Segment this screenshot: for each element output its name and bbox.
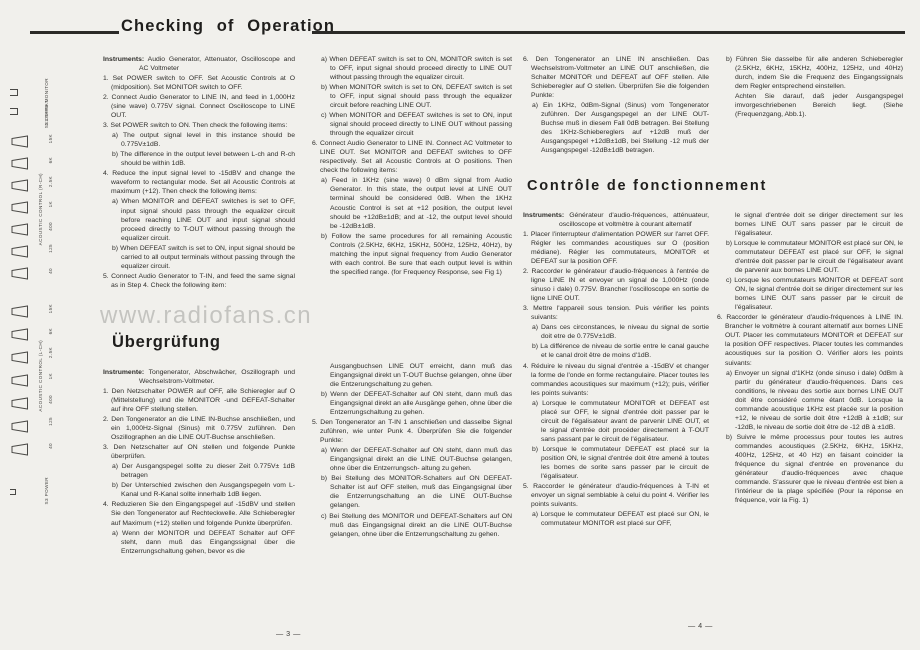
instruments-line: Instrumente: Tongenerator, Abschwächer, … <box>103 368 295 386</box>
slider-knob-icon <box>11 397 29 410</box>
paragraph: c) Bei Stellung des MONITOR und DEFEAT-S… <box>321 512 512 539</box>
page-number-4: — 4 — <box>688 621 713 630</box>
slider-knob-icon <box>11 157 29 170</box>
watermark: www.radiofans.cn <box>100 302 312 330</box>
slider-knob-icon <box>11 351 29 364</box>
french-column-1: Instruments: Générateur d'audio-fréquenc… <box>523 211 709 529</box>
slider-knob-icon <box>11 305 29 318</box>
paragraph: b) Lorsque le commutateur MONITOR est pl… <box>726 239 903 275</box>
slider-knob-icon <box>11 443 29 456</box>
slider-knob-icon <box>11 328 29 341</box>
slider-freq-label: 1K <box>48 201 53 207</box>
paragraph: 6. Den Tongenerator an LINE IN anschließ… <box>523 55 709 100</box>
paragraph: c) When MONITOR and DEFEAT switches is s… <box>321 111 512 138</box>
slider-freq-label: 2.5K <box>48 347 53 358</box>
defeat-switch-icon <box>10 108 18 115</box>
slider-knob-icon <box>11 420 29 433</box>
paragraph: le signal d'entrée doit se diriger direc… <box>726 211 903 238</box>
paragraph: a) Feed in 1KHz (sine wave) 0 dBm signal… <box>321 176 512 230</box>
header-rule-right <box>312 31 905 34</box>
paragraph: 3. Mettre l'appareil sous tension. Puis … <box>523 304 709 322</box>
slider-freq-label: 6K <box>48 157 53 163</box>
german-section-heading: Übergrüfung <box>112 333 221 352</box>
slider-knob-icon <box>11 267 29 280</box>
paragraph: 5. Den Tongenerator an T-IN 1 anschließe… <box>312 418 512 445</box>
slider-knob-icon <box>11 245 29 258</box>
paragraph: a) The output signal level in this insta… <box>112 131 295 149</box>
paragraph: a) Dans ces circonstances, le niveau du … <box>532 323 709 341</box>
paragraph: 1. Set POWER switch to OFF. Set Acoustic… <box>103 74 295 92</box>
paragraph: 2. Den Tongenerator an die LINE IN-Buchs… <box>103 415 295 442</box>
acoustic-control-lch-label: ACOUSTIC CONTROL (L-CH) <box>38 340 43 412</box>
paragraph: a) Lorsque le commutateur MONITOR et DEF… <box>532 399 709 444</box>
instruments-text: Audio Generator, Attenuator, Oscilloscop… <box>139 56 295 72</box>
instruments-text: Générateur d'audio-fréquences, atténuate… <box>559 212 709 228</box>
paragraph: c) Lorsque les commutateurs MONITOR et D… <box>726 276 903 312</box>
paragraph: 2. Raccorder le générateur d'audio-fréqu… <box>523 267 709 303</box>
instruments-label: Instruments: <box>523 212 564 219</box>
slider-freq-label: 400 <box>48 222 53 231</box>
paragraph: b) Bei Stellung des MONITOR-Schalters au… <box>321 474 512 510</box>
paragraph: b) Follow the same procedures for all re… <box>321 232 512 277</box>
slider-knob-icon <box>11 374 29 387</box>
slider-knob-icon <box>11 179 29 192</box>
instruments-text: Tongenerator, Abschwächer, Oszillograph … <box>139 369 295 385</box>
page-number-3: — 3 — <box>276 629 301 638</box>
slider-freq-label: 40 <box>48 268 53 274</box>
german-column-2: Ausgangbuchsen LINE OUT erreicht, dann m… <box>312 362 512 540</box>
slider-knob-icon <box>11 223 29 236</box>
paragraph: 6. Connect Audio Generator to LINE IN. C… <box>312 139 512 175</box>
german-page4-column-1: 6. Den Tongenerator an LINE IN anschließ… <box>523 55 709 156</box>
english-column-1: Instruments: Audio Generator, Attenuator… <box>103 55 295 291</box>
paragraph: 4. Reduzieren Sie den Eingangspegel auf … <box>103 500 295 527</box>
instruments-label: Instruments: <box>103 56 144 63</box>
header-rule-left <box>30 31 119 34</box>
instruments-label: Instrumente: <box>103 369 144 376</box>
paragraph: a) Der Ausgangspegel sollte zu dieser Ze… <box>112 462 295 480</box>
acoustic-control-rch-label: ACOUSTIC CONTROL (R-CH) <box>38 173 43 245</box>
paragraph: a) Ein 1KHz, 0dBm-Signal (Sinus) vom Ton… <box>532 101 709 155</box>
slider-freq-label: 2.5K <box>48 176 53 187</box>
slider-freq-label: 6K <box>48 328 53 334</box>
paragraph: a) When MONITOR and DEFEAT switches is s… <box>112 197 295 242</box>
paragraph: b) Lorsque le commutateur DEFEAT est pla… <box>532 445 709 481</box>
paragraph: a) When DEFEAT switch is set to ON, MONI… <box>321 55 512 82</box>
power-switch-label: S3 POWER <box>44 477 49 504</box>
slider-freq-label: 40 <box>48 443 53 449</box>
paragraph: Ausgangbuchsen LINE OUT erreicht, dann m… <box>321 362 512 389</box>
english-column-2: a) When DEFEAT switch is set to ON, MONI… <box>312 55 512 278</box>
paragraph: 3. Set POWER switch to ON. Then check th… <box>103 121 295 130</box>
paragraph: a) Lorsque le commutateur DEFEAT est pla… <box>532 510 709 528</box>
paragraph: 5. Raccorder le générateur d'audio-fréqu… <box>523 482 709 509</box>
paragraph: a) Wenn der DEFEAT-Schalter auf ON steht… <box>321 446 512 473</box>
paragraph: b) When DEFEAT switch is set to ON, inpu… <box>112 244 295 271</box>
paragraph: 3. Den Netzschalter auf ON stellen und f… <box>103 443 295 461</box>
slider-freq-label: 125 <box>48 417 53 426</box>
switch2-label: S2 DEFEAT <box>44 100 49 128</box>
slider-freq-label: 1K <box>48 373 53 379</box>
paragraph: a) Envoyer un signal d'1KHz (onde sinuso… <box>726 369 903 432</box>
paragraph: 5. Connect Audio Generator to T-IN, and … <box>103 272 295 290</box>
slider-knob-icon <box>11 135 29 148</box>
slider-freq-label: 125 <box>48 244 53 253</box>
french-column-2: le signal d'entrée doit se diriger direc… <box>717 211 903 506</box>
slider-freq-label: 400 <box>48 395 53 404</box>
paragraph: b) Der Unterschied zwischen den Ausgangs… <box>112 481 295 499</box>
german-page4-column-2: b) Führen Sie dasselbe für alle anderen … <box>717 55 903 120</box>
paragraph: a) Wenn der MONITOR und DEFEAT Schalter … <box>112 529 295 556</box>
german-column-1: Instrumente: Tongenerator, Abschwächer, … <box>103 368 295 557</box>
slider-knob-icon <box>11 201 29 214</box>
paragraph: b) When MONITOR switch is set to ON, DEF… <box>321 83 512 110</box>
french-section-heading: Contrôle de fonctionnement <box>527 178 767 194</box>
page-title: Checking of Operation <box>121 17 335 36</box>
paragraph: b) Suivre le même processus pour toutes … <box>726 433 903 505</box>
paragraph: b) La différence de niveau de sortie ent… <box>532 342 709 360</box>
paragraph: 4. Réduire le niveau du signal d'entrée … <box>523 362 709 398</box>
paragraph: 6. Raccorder le générateur d'audio-fréqu… <box>717 313 903 367</box>
paragraph: 4. Reduce the input signal level to -15d… <box>103 169 295 196</box>
slider-freq-label: 15K <box>48 134 53 143</box>
paragraph: 2. Connect Audio Generator to LINE IN, a… <box>103 93 295 120</box>
power-switch-icon <box>10 489 16 495</box>
paragraph: Achten Sie darauf, daß jeder Ausgangspeg… <box>726 92 903 119</box>
paragraph: b) Führen Sie dasselbe für alle anderen … <box>726 55 903 91</box>
tape-monitor-switch-icon <box>10 89 18 96</box>
slider-freq-label: 15K <box>48 304 53 313</box>
scanned-manual-spread: Checking of Operation S1 TAPE MONITOR S2… <box>0 0 920 650</box>
paragraph: b) Wenn der DEFEAT-Schalter auf ON steht… <box>321 390 512 417</box>
paragraph: 1. Den Netzschalter POWER auf OFF, alle … <box>103 387 295 414</box>
instruments-line: Instruments: Générateur d'audio-fréquenc… <box>523 211 709 229</box>
paragraph: 1. Placer l'interrupteur d'alimentation … <box>523 230 709 266</box>
instruments-line: Instruments: Audio Generator, Attenuator… <box>103 55 295 73</box>
paragraph: b) The difference in the output level be… <box>112 150 295 168</box>
